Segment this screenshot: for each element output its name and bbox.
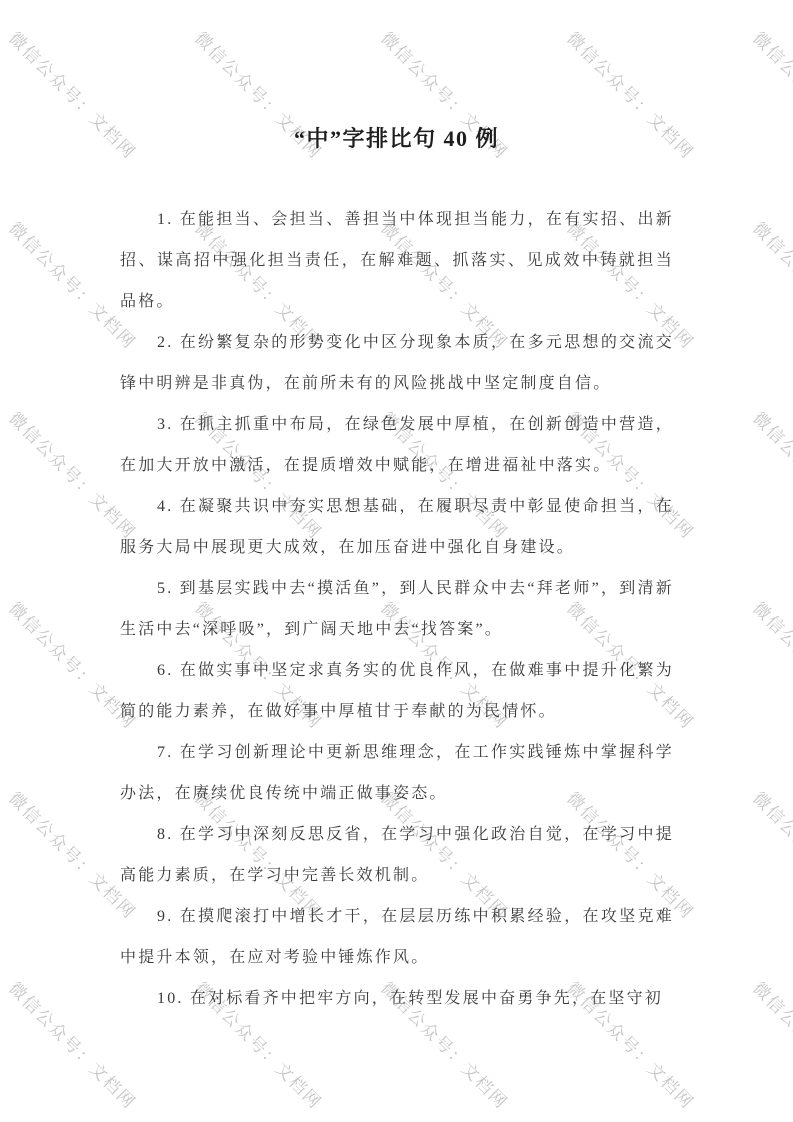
- document-body: 1. 在能担当、会担当、善担当中体现担当能力，在有实招、出新招、谋高招中强化担当…: [120, 199, 674, 1019]
- watermark-text: 微信公众号：文档网: [748, 215, 793, 354]
- paragraph-4: 4. 在凝聚共识中夯实思想基础，在履职尽责中彰显使命担当，在服务大局中展现更大成…: [120, 486, 674, 568]
- watermark-text: 微信公众号：文档网: [748, 595, 793, 734]
- document-page: 微信公众号：文档网微信公众号：文档网微信公众号：文档网微信公众号：文档网微信公众…: [0, 0, 793, 1122]
- paragraph-8: 8. 在学习中深刻反思反省，在学习中强化政治自觉，在学习中提高能力素质，在学习中…: [120, 814, 674, 896]
- paragraph-6: 6. 在做实事中坚定求真务实的优良作风，在做难事中提升化繁为简的能力素养，在做好…: [120, 650, 674, 732]
- paragraph-10: 10. 在对标看齐中把牢方向，在转型发展中奋勇争先，在坚守初: [120, 978, 674, 1019]
- paragraph-9: 9. 在摸爬滚打中增长才干，在层层历练中积累经验，在攻坚克难中提升本领，在应对考…: [120, 896, 674, 978]
- paragraph-5: 5. 到基层实践中去“摸活鱼”，到人民群众中去“拜老师”，到清新生活中去“深呼吸…: [120, 568, 674, 650]
- watermark-text: 微信公众号：文档网: [748, 785, 793, 924]
- watermark-text: 微信公众号：文档网: [748, 405, 793, 544]
- paragraph-2: 2. 在纷繁复杂的形势变化中区分现象本质，在多元思想的交流交锋中明辨是非真伪，在…: [120, 322, 674, 404]
- watermark-text: 微信公众号：文档网: [748, 975, 793, 1114]
- paragraph-1: 1. 在能担当、会担当、善担当中体现担当能力，在有实招、出新招、谋高招中强化担当…: [120, 199, 674, 322]
- document-title: “中”字排比句 40 例: [0, 122, 793, 153]
- paragraph-7: 7. 在学习创新理论中更新思维理念，在工作实践锤炼中掌握科学办法，在赓续优良传统…: [120, 732, 674, 814]
- paragraph-3: 3. 在抓主抓重中布局，在绿色发展中厚植，在创新创造中营造，在加大开放中激活，在…: [120, 404, 674, 486]
